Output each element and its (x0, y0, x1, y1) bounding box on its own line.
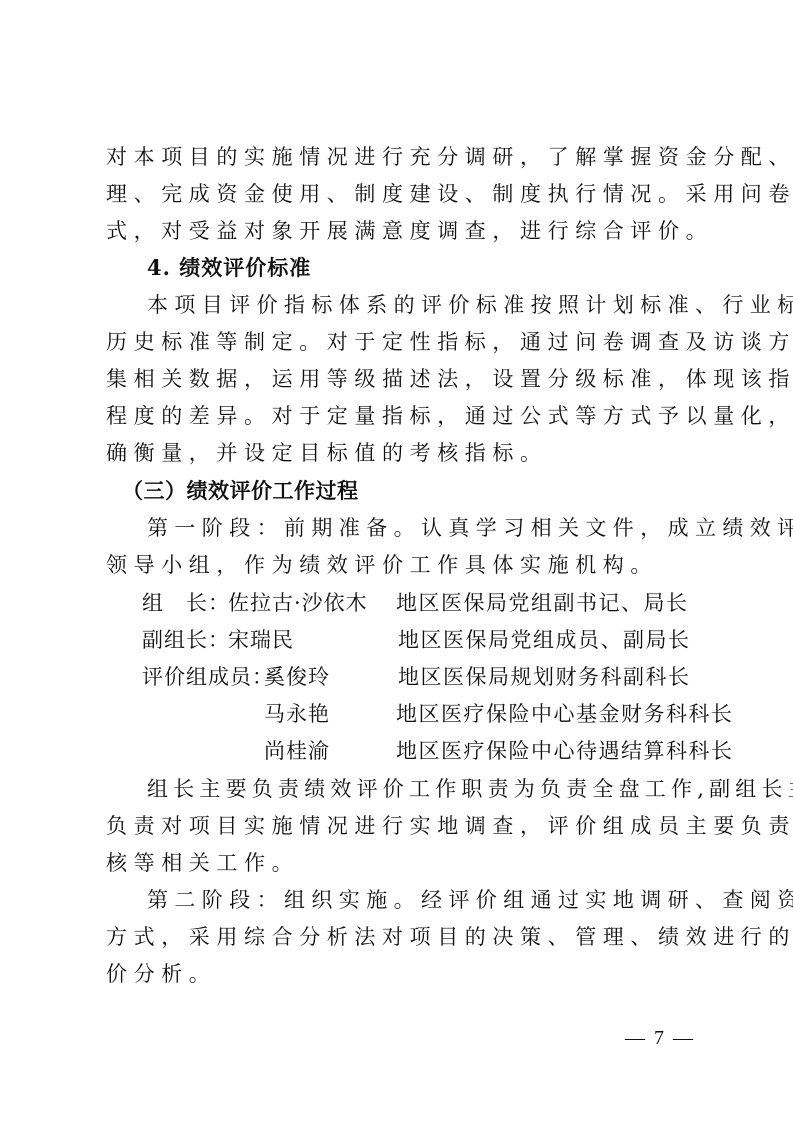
paragraph-intro-line-3: 式，对受益对象开展满意度调查，进行综合评价。 (106, 217, 696, 245)
stage-1-line-2: 领导小组，作为绩效评价工作具体实施机构。 (106, 551, 696, 579)
stage-2-line-2: 方式，采用综合分析法对项目的决策、管理、绩效进行的综合评 (106, 923, 696, 951)
responsibilities-line-3: 核等相关工作。 (106, 849, 696, 877)
member-row-team-member-1: 评价组成员： 奚俊玲 地区医保局规划财务科副科长 (142, 663, 702, 691)
member-role: 组 长： (142, 589, 230, 617)
section-heading-evaluation-process: （三）绩效评价工作过程 (122, 477, 712, 505)
member-name: 尚桂渝 (264, 737, 330, 765)
member-title: 地区医疗保险中心待遇结算科科长 (396, 737, 734, 765)
section-4-line-4: 程度的差异。对于定量指标，通过公式等方式予以量化，可以准 (106, 402, 696, 430)
member-title: 地区医保局规划财务科副科长 (398, 663, 691, 691)
section-4-line-3: 集相关数据，运用等级描述法，设置分级标准，体现该指标认可 (106, 365, 696, 393)
responsibilities-line-2: 负责对项目实施情况进行实地调查，评价组成员主要负责资料审 (106, 812, 696, 840)
member-row-deputy-leader: 副组长： 宋瑞民 地区医保局党组成员、副局长 (142, 626, 702, 654)
member-title: 地区医疗保险中心基金财务科科长 (396, 700, 734, 728)
member-title: 地区医保局党组成员、副局长 (398, 626, 691, 654)
section-heading-evaluation-standards: 4. 绩效评价标准 (147, 254, 737, 282)
member-name: 佐拉古·沙依木 (228, 589, 368, 617)
member-row-team-member-2: 马永艳 地区医疗保险中心基金财务科科长 (142, 700, 702, 728)
member-name: 马永艳 (264, 700, 330, 728)
member-name: 宋瑞民 (228, 626, 294, 654)
member-title: 地区医保局党组副书记、局长 (396, 589, 689, 617)
paragraph-intro-line-2: 理、完成资金使用、制度建设、制度执行情况。采用问卷调查方 (106, 180, 696, 208)
page-number: — 7 — (625, 1026, 695, 1050)
member-row-team-member-3: 尚桂渝 地区医疗保险中心待遇结算科科长 (142, 737, 702, 765)
paragraph-intro-line-1: 对本项目的实施情况进行充分调研，了解掌握资金分配、资金管 (106, 143, 696, 171)
stage-2-line-3: 价分析。 (106, 960, 696, 988)
member-role: 评价组成员： (142, 663, 274, 691)
member-role: 副组长： (142, 626, 230, 654)
stage-1-line-1: 第一阶段：前期准备。认真学习相关文件，成立绩效评价工作 (147, 514, 737, 542)
member-name: 奚俊玲 (264, 663, 330, 691)
section-4-line-2: 历史标准等制定。对于定性指标，通过问卷调查及访谈方式，采 (106, 328, 696, 356)
section-4-line-1: 本项目评价指标体系的评价标准按照计划标准、行业标准、 (147, 291, 737, 319)
responsibilities-line-1: 组长主要负责绩效评价工作职责为负责全盘工作,副组长主要 (147, 775, 737, 803)
document-page: 对本项目的实施情况进行充分调研，了解掌握资金分配、资金管 理、完成资金使用、制度… (0, 0, 793, 1122)
stage-2-line-1: 第二阶段：组织实施。经评价组通过实地调研、查阅资料等 (147, 886, 737, 914)
member-row-leader: 组 长： 佐拉古·沙依木 地区医保局党组副书记、局长 (142, 589, 702, 617)
section-4-line-5: 确衡量，并设定目标值的考核指标。 (106, 439, 696, 467)
